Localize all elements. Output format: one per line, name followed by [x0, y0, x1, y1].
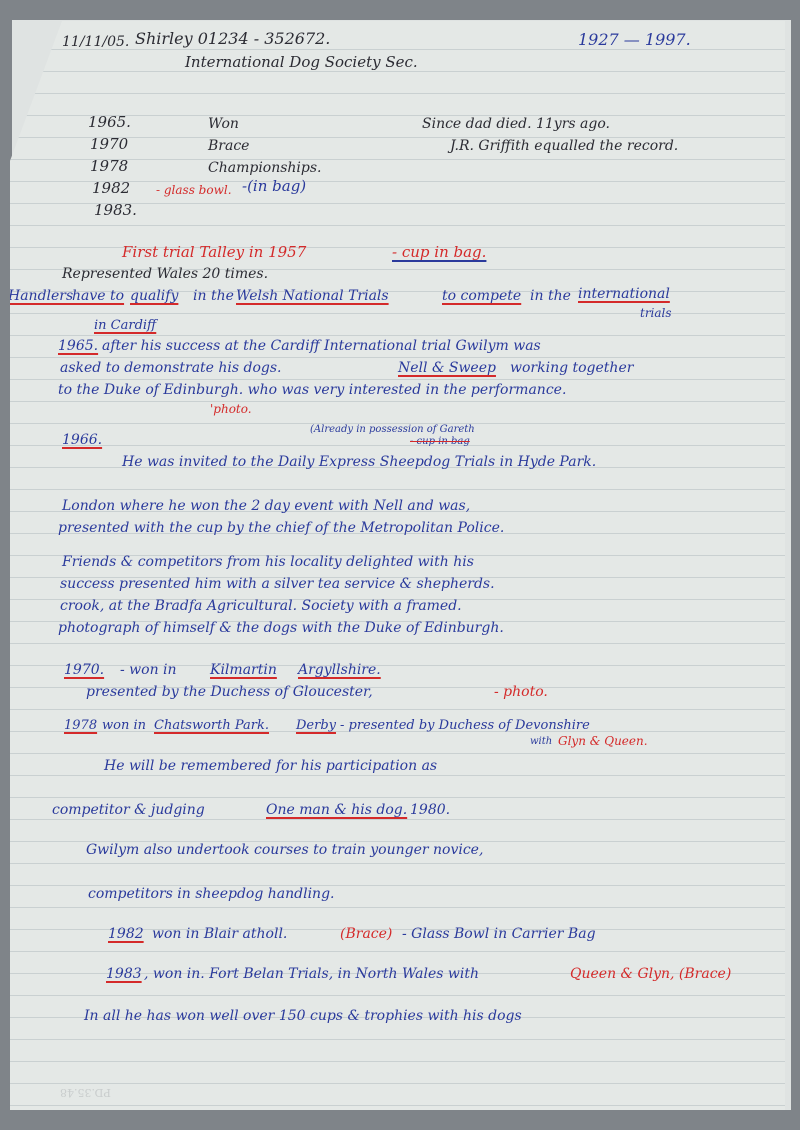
brace-note-1982: (Brace): [340, 927, 392, 941]
first-trial-cup: - cup in bag.: [392, 245, 486, 260]
organisation-line: International Dog Society Sec.: [185, 55, 418, 70]
remembered-line1: He will be remembered for his participat…: [104, 759, 437, 773]
dogs-note-1978: Glyn & Queen.: [558, 735, 648, 747]
year-1982: 1982: [108, 927, 144, 941]
summary-year: 1983.: [94, 203, 137, 218]
summary-year: 1965.: [88, 115, 131, 130]
summary-note-red: - glass bowl.: [156, 184, 232, 196]
para-1966-line3: presented with the cup by the chief of t…: [58, 521, 504, 535]
year-1965: 1965.: [58, 339, 98, 353]
para-1965-line2b: working together: [510, 361, 633, 375]
place-chatsworth: Chatsworth Park.: [154, 719, 269, 732]
summary-year: 1982: [92, 181, 130, 196]
note-date: 11/11/05.: [62, 35, 129, 49]
word: qualify: [130, 289, 178, 303]
summary-note-blue: -(in bag): [242, 179, 306, 194]
para-1966-line1: He was invited to the Daily Express Shee…: [122, 455, 596, 469]
para-1983: , won in. Fort Belan Trials, in North Wa…: [144, 967, 479, 981]
photo-note-2: - photo.: [494, 685, 548, 699]
side-note-dad: Since dad died. 11yrs ago.: [422, 117, 610, 131]
para-1982: won in Blair atholl.: [152, 927, 287, 941]
contact-line: Shirley 01234 - 352672.: [135, 31, 330, 47]
courses-line1: Gwilym also undertook courses to train y…: [86, 843, 483, 857]
summary-label: Championships.: [208, 161, 322, 175]
para-1970-won: - won in: [120, 663, 177, 677]
closing-line: In all he has won well over 150 cups & t…: [84, 1009, 522, 1023]
word: Handlers: [8, 289, 73, 303]
dogs-names: Nell & Sweep: [398, 361, 496, 375]
word: in the: [530, 289, 571, 303]
represented-wales: Represented Wales 20 times.: [62, 267, 268, 281]
in-cardiff-insert: in Cardiff: [94, 319, 156, 332]
with-note: with: [530, 737, 552, 747]
para-1978-won: won in: [102, 719, 146, 732]
friends-line4: photograph of himself & the dogs with th…: [58, 621, 504, 635]
para-1978-presented: - presented by Duchess of Devonshire: [340, 719, 590, 732]
friends-line2: success presented him with a silver tea …: [60, 577, 495, 591]
year-1983: 1983: [106, 967, 142, 981]
year-1980: 1980.: [410, 803, 450, 817]
archive-mark: PD.35.48: [60, 1087, 111, 1098]
year-1970: 1970.: [64, 663, 104, 677]
first-trial-note: First trial Talley in 1957: [122, 245, 306, 260]
year-1966: 1966.: [62, 433, 102, 447]
photo-note: 'photo.: [210, 403, 252, 415]
word: have to: [72, 289, 124, 303]
year-1978: 1978: [64, 719, 97, 732]
place-argyllshire: Argyllshire.: [298, 663, 381, 677]
para-1970-line2: presented by the Duchess of Gloucester,: [86, 685, 373, 699]
side-note-record: J.R. Griffith equalled the record.: [450, 139, 678, 153]
summary-year: 1978: [90, 159, 128, 174]
summary-label: Won: [208, 117, 239, 131]
one-man-and-his-dog: One man & his dog.: [266, 803, 407, 817]
word: trials: [640, 307, 672, 319]
glass-bowl-note: - Glass Bowl in Carrier Bag: [402, 927, 596, 941]
word: Welsh National Trials: [236, 289, 389, 303]
remembered-line2: competitor & judging: [52, 803, 205, 817]
friends-line3: crook, at the Bradfa Agricultural. Socie…: [60, 599, 462, 613]
word: in the: [193, 289, 234, 303]
para-1965-line2: asked to demonstrate his dogs.: [60, 361, 282, 375]
place-derby: Derby: [296, 719, 336, 732]
lined-paper-sheet: 11/11/05. Shirley 01234 - 352672. Intern…: [10, 21, 785, 1110]
struck-cup-note: - cup in bag: [410, 437, 470, 447]
summary-year: 1970: [90, 137, 128, 152]
lifespan: 1927 — 1997.: [578, 32, 691, 48]
dogs-note-1983: Queen & Glyn, (Brace): [570, 967, 731, 981]
place-kilmartin: Kilmartin: [210, 663, 277, 677]
para-1965-line3: to the Duke of Edinburgh. who was very i…: [58, 383, 566, 397]
already-note: (Already in possession of Gareth: [310, 425, 475, 435]
para-1965-line1: after his success at the Cardiff Interna…: [102, 339, 541, 353]
friends-line1: Friends & competitors from his locality …: [62, 555, 474, 569]
word: to compete: [442, 289, 521, 303]
courses-line2: competitors in sheepdog handling.: [88, 887, 334, 901]
para-1966-line2: London where he won the 2 day event with…: [62, 499, 470, 513]
word: international: [578, 287, 670, 301]
summary-label: Brace: [208, 139, 249, 153]
